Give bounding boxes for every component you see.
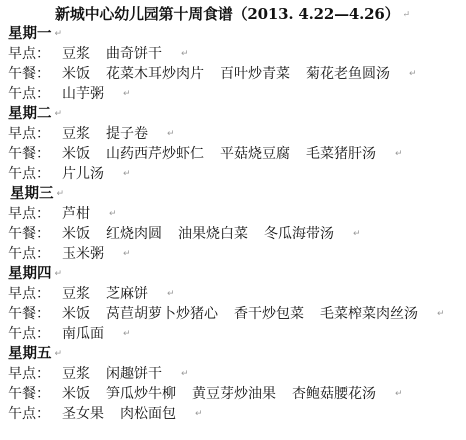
paragraph-mark-icon: ↵	[409, 64, 417, 84]
meal-items: 南瓜面↵	[62, 324, 131, 344]
document-title: 新城中心幼儿园第十周食谱（2013. 4.22—4.26）↵	[55, 5, 410, 24]
menu-item: 圣女果	[62, 404, 104, 424]
paragraph-mark-icon: ↵	[55, 269, 63, 279]
menu-item: 芦柑	[62, 204, 90, 224]
menu-item: 花菜木耳炒肉片	[106, 64, 204, 84]
menu-item: 山药西芹炒虾仁	[106, 144, 204, 164]
menu-item: 菊花老鱼圆汤	[306, 64, 390, 84]
day-heading: 星期四↵	[8, 264, 62, 284]
meal-label: 午餐：	[8, 144, 50, 164]
paragraph-mark-icon: ↵	[402, 10, 409, 20]
menu-item: 南瓜面	[62, 324, 104, 344]
menu-item: 杏鲍菇腰花汤	[292, 384, 376, 404]
paragraph-mark-icon: ↵	[181, 44, 189, 64]
menu-item: 米饭	[62, 304, 90, 324]
paragraph-mark-icon: ↵	[181, 364, 189, 384]
meal-label: 早点：	[8, 44, 50, 64]
menu-item: 山芋粥	[62, 84, 104, 104]
day-name: 星期五	[8, 346, 52, 362]
paragraph-mark-icon: ↵	[195, 404, 203, 424]
meal-label: 午点：	[8, 404, 50, 424]
meal-items: 芦柑↵	[62, 204, 117, 224]
menu-item: 提子卷	[106, 124, 148, 144]
menu-item: 米饭	[62, 224, 90, 244]
meal-label: 午餐：	[8, 224, 50, 244]
meal-items: 豆浆提子卷↵	[62, 124, 175, 144]
menu-item: 玉米粥	[62, 244, 104, 264]
menu-item: 黄豆芽炒油果	[192, 384, 276, 404]
menu-item: 冬瓜海带汤	[264, 224, 334, 244]
day-name: 星期一	[8, 26, 52, 42]
day-heading: 星期五↵	[8, 344, 62, 364]
paragraph-mark-icon: ↵	[437, 304, 445, 324]
meal-items: 片儿汤↵	[62, 164, 131, 184]
paragraph-mark-icon: ↵	[123, 324, 131, 344]
menu-item: 米饭	[62, 64, 90, 84]
menu-item: 莴苣胡萝卜炒猪心	[106, 304, 218, 324]
meal-items: 豆浆芝麻饼↵	[62, 284, 175, 304]
paragraph-mark-icon: ↵	[167, 124, 175, 144]
paragraph-mark-icon: ↵	[123, 84, 131, 104]
meal-items: 豆浆曲奇饼干↵	[62, 44, 189, 64]
menu-item: 平菇烧豆腐	[220, 144, 290, 164]
meal-items: 玉米粥↵	[62, 244, 131, 264]
day-name: 星期三	[10, 186, 54, 202]
meal-label: 早点：	[8, 364, 50, 384]
meal-label: 早点：	[8, 284, 50, 304]
paragraph-mark-icon: ↵	[123, 244, 131, 264]
paragraph-mark-icon: ↵	[55, 349, 63, 359]
menu-item: 曲奇饼干	[106, 44, 162, 64]
meal-items: 米饭山药西芹炒虾仁平菇烧豆腐毛菜猪肝汤↵	[62, 144, 403, 164]
menu-item: 豆浆	[62, 124, 90, 144]
menu-item: 豆浆	[62, 364, 90, 384]
meal-label: 早点：	[8, 204, 50, 224]
meal-items: 米饭花菜木耳炒肉片百叶炒青菜菊花老鱼圆汤↵	[62, 64, 417, 84]
paragraph-mark-icon: ↵	[353, 224, 361, 244]
menu-item: 肉松面包	[120, 404, 176, 424]
meal-label: 午餐：	[8, 304, 50, 324]
meal-label: 午餐：	[8, 384, 50, 404]
menu-item: 米饭	[62, 144, 90, 164]
meal-items: 圣女果肉松面包↵	[62, 404, 203, 424]
paragraph-mark-icon: ↵	[395, 144, 403, 164]
paragraph-mark-icon: ↵	[109, 204, 117, 224]
paragraph-mark-icon: ↵	[57, 189, 65, 199]
paragraph-mark-icon: ↵	[167, 284, 175, 304]
day-heading: 星期三↵	[10, 184, 64, 204]
menu-item: 油果烧白菜	[178, 224, 248, 244]
menu-item: 米饭	[62, 384, 90, 404]
meal-label: 午点：	[8, 84, 50, 104]
day-name: 星期二	[8, 106, 52, 122]
meal-items: 米饭红烧肉圆油果烧白菜冬瓜海带汤↵	[62, 224, 361, 244]
meal-label: 午餐：	[8, 64, 50, 84]
menu-item: 豆浆	[62, 44, 90, 64]
day-name: 星期四	[8, 266, 52, 282]
menu-item: 豆浆	[62, 284, 90, 304]
menu-item: 香干炒包菜	[234, 304, 304, 324]
day-heading: 星期一↵	[8, 24, 62, 44]
paragraph-mark-icon: ↵	[55, 109, 63, 119]
paragraph-mark-icon: ↵	[123, 164, 131, 184]
menu-item: 片儿汤	[62, 164, 104, 184]
meal-items: 米饭莴苣胡萝卜炒猪心香干炒包菜毛菜榨菜肉丝汤↵	[62, 304, 445, 324]
menu-item: 闲趣饼干	[106, 364, 162, 384]
meal-items: 山芋粥↵	[62, 84, 131, 104]
menu-item: 红烧肉圆	[106, 224, 162, 244]
menu-item: 毛菜猪肝汤	[306, 144, 376, 164]
meal-label: 午点：	[8, 164, 50, 184]
meal-label: 午点：	[8, 244, 50, 264]
meal-label: 早点：	[8, 124, 50, 144]
meal-label: 午点：	[8, 324, 50, 344]
menu-item: 百叶炒青菜	[220, 64, 290, 84]
meal-items: 米饭笋瓜炒牛柳黄豆芽炒油果杏鲍菇腰花汤↵	[62, 384, 403, 404]
menu-item: 芝麻饼	[106, 284, 148, 304]
paragraph-mark-icon: ↵	[55, 29, 63, 39]
meal-items: 豆浆闲趣饼干↵	[62, 364, 189, 384]
menu-item: 笋瓜炒牛柳	[106, 384, 176, 404]
menu-item: 毛菜榨菜肉丝汤	[320, 304, 418, 324]
paragraph-mark-icon: ↵	[395, 384, 403, 404]
day-heading: 星期二↵	[8, 104, 62, 124]
title-text: 新城中心幼儿园第十周食谱（2013. 4.22—4.26）	[55, 5, 399, 23]
